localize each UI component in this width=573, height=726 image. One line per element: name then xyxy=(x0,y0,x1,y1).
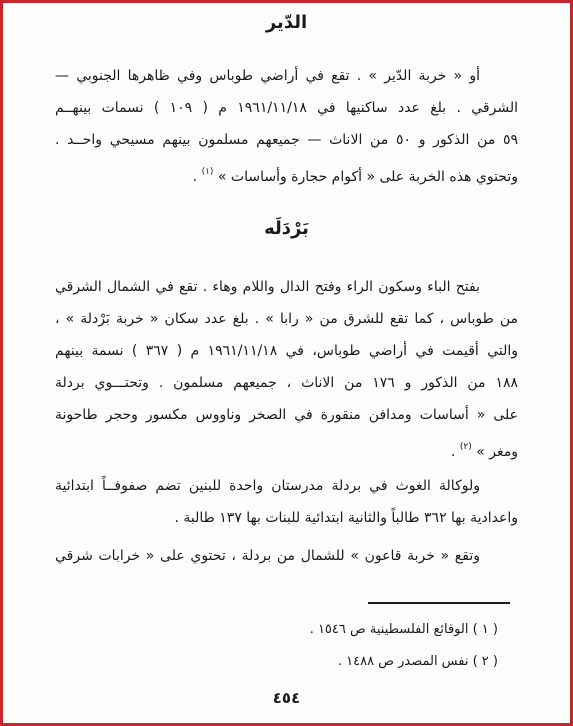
text-line: واعدادية بها ٣٦٢ طالباً والثانية ابتدائي… xyxy=(55,502,518,534)
text-span: ومغر » xyxy=(476,444,518,460)
text-line: ١٨٨ من الذكور و ١٧٦ من الاناث ، جميعهم م… xyxy=(55,367,518,399)
paragraph-aldayr: أو « خربة الدّير » . تقع في أراضي طوباس … xyxy=(55,60,518,188)
footnote-2: ( ٢ ) نفس المصدر ص ١٤٨٨ . xyxy=(55,646,498,678)
text-line: وتقع « خربة قاعون » للشمال من بردلة ، تح… xyxy=(55,540,518,572)
footnote-separator xyxy=(368,602,510,604)
paragraph-schools: ولوكالة الغوث في بردلة مدرستان واحدة للب… xyxy=(55,470,518,534)
paragraph-bardala: بفتح الباء وسكون الراء وفتح الدال واللام… xyxy=(55,271,518,463)
page-content: الدّير أو « خربة الدّير » . تقع في أراضي… xyxy=(3,10,570,726)
text-line: ٥٩ من الذكور و ٥٠ من الاناث — جميعهم مسل… xyxy=(55,124,518,156)
text-line: من طوباس ، كما تقع للشرق من « رابا » . ب… xyxy=(55,303,518,335)
section-heading-bardala: بَرْدَلَه xyxy=(55,216,518,242)
footnote-ref-1: (١) xyxy=(202,167,214,177)
footnote-ref-2: (٢) xyxy=(460,442,472,452)
text-line: على « أساسات ومدافن منقورة في الصخر وناو… xyxy=(55,399,518,431)
text-line: بفتح الباء وسكون الراء وفتح الدال واللام… xyxy=(55,271,518,303)
text-span: . xyxy=(193,169,197,185)
text-line: وتحتوي هذه الخربة على « أكوام حجارة وأسا… xyxy=(55,156,518,188)
section-heading-aldayr: الدّير xyxy=(55,10,518,36)
footnotes: ( ١ ) الوقائع الفلسطينية ص ١٥٤٦ . ( ٢ ) … xyxy=(55,614,498,678)
page-number: ٤٥٤ xyxy=(55,687,518,709)
paragraph-qaoun: وتقع « خربة قاعون » للشمال من بردلة ، تح… xyxy=(55,540,518,572)
footnote-1: ( ١ ) الوقائع الفلسطينية ص ١٥٤٦ . xyxy=(55,614,498,646)
book-page: الدّير أو « خربة الدّير » . تقع في أراضي… xyxy=(0,0,573,726)
text-line: الشرقي . بلغ عدد ساكنيها في ١٩٦١/١١/١٨ م… xyxy=(55,92,518,124)
text-line: ولوكالة الغوث في بردلة مدرستان واحدة للب… xyxy=(55,470,518,502)
text-line: والتي أقيمت في أراضي طوباس، في ١٩٦١/١١/١… xyxy=(55,335,518,367)
text-line: ومغر » (٢) . xyxy=(55,431,518,463)
text-span: وتحتوي هذه الخربة على « أكوام حجارة وأسا… xyxy=(218,169,518,185)
text-span: . xyxy=(451,444,455,460)
text-line: أو « خربة الدّير » . تقع في أراضي طوباس … xyxy=(55,60,518,92)
